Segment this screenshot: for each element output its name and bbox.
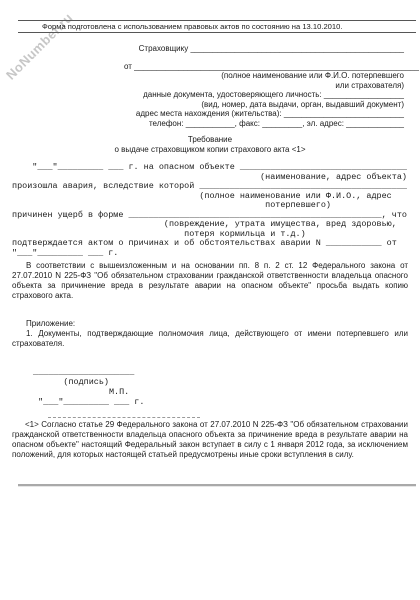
main-paragraph: В соответствии с вышеизложенным и на осн… <box>12 261 408 301</box>
from-line: от _____________________________________… <box>124 62 404 72</box>
header-note-rule: Форма подготовлена с использованием прав… <box>18 20 416 33</box>
footnote-separator <box>48 417 200 418</box>
from-hint-line-1: (полное наименование или Ф.И.О. потерпев… <box>124 71 404 81</box>
attachment-item: 1. Документы, подтверждающие полномочия … <box>12 329 408 349</box>
document-page: { "watermark": { "text": "NoNumber.ru" }… <box>0 0 420 600</box>
signature-block: ____________________ (подпись) М.П. "___… <box>33 367 144 407</box>
bottom-rule <box>18 484 416 487</box>
identity-document-line: данные документа, удостоверяющего личнос… <box>124 90 404 100</box>
insurer-line: Страховщику ____________________________… <box>124 44 404 54</box>
title-line-2: о выдаче страховщиком копии страхового а… <box>0 145 420 155</box>
header-note-text: Форма подготовлена с использованием прав… <box>18 22 342 31</box>
attachment-section: Приложение: 1. Документы, подтверждающие… <box>12 319 408 348</box>
attachment-heading: Приложение: <box>12 319 408 329</box>
from-hint-line-2: или страхователя) <box>124 81 404 91</box>
address-line: адрес места нахождения (жительства): ___… <box>124 109 404 119</box>
form-fill-in-block: "___"_________ ___ г. на опасном объекте… <box>12 163 407 258</box>
addressee-block: Страховщику ____________________________… <box>124 44 404 128</box>
identity-document-hint: (вид, номер, дата выдачи, орган, выдавши… <box>124 100 404 110</box>
title-line-1: Требование <box>0 135 420 145</box>
document-title: Требование о выдаче страховщиком копии с… <box>0 135 420 155</box>
footnote-text: <1> Согласно статье 29 Федерального зако… <box>12 420 408 460</box>
contacts-line: телефон: ___________, факс: _________, э… <box>124 119 404 129</box>
